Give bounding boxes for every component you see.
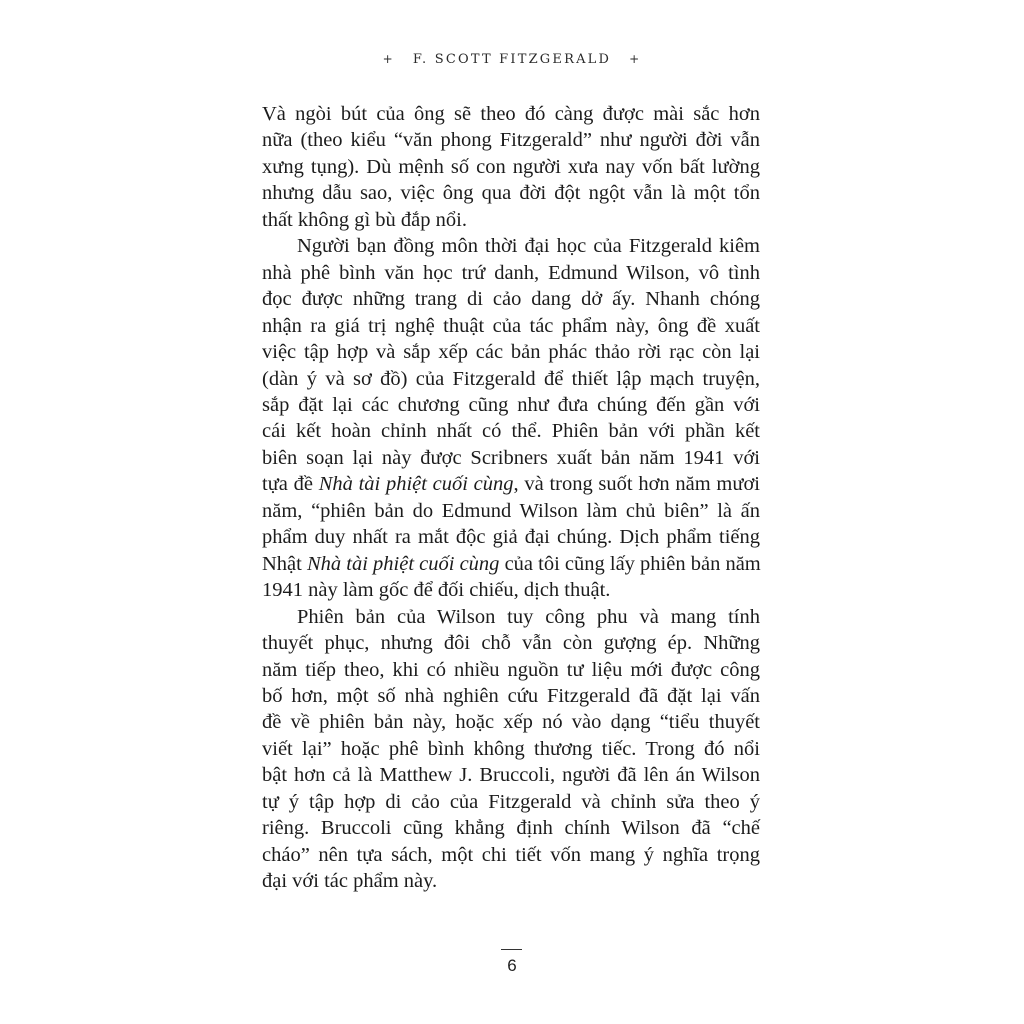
folio-rule — [501, 949, 522, 950]
text-line: đề về phiên bản này, hoặc xếp nó vào dạn… — [262, 709, 760, 735]
body-text: Và ngòi bút của ông sẽ theo đó càng được… — [262, 101, 760, 895]
text-line: bật hơn cả là Matthew J. Bruccoli, người… — [262, 762, 760, 788]
text-line: cái kết hoàn chỉnh nhất có thể. Phiên bả… — [262, 418, 760, 444]
text-line: nhận ra giá trị nghệ thuật của tác phẩm … — [262, 313, 760, 339]
text-line: đại với tác phẩm này. — [262, 868, 760, 894]
text-line: bố hơn, một số nhà nghiên cứu Fitzgerald… — [262, 683, 760, 709]
text-line: Và ngòi bút của ông sẽ theo đó càng được… — [262, 101, 760, 127]
page-number: 6 — [0, 956, 1024, 976]
italic-title: Nhà tài phiệt cuối cùng — [319, 473, 514, 495]
text-line: cháo” nên tựa sách, một chi tiết vốn man… — [262, 842, 760, 868]
ornament-left-icon: + — [383, 52, 395, 66]
text-line: 1941 này làm gốc để đối chiếu, dịch thuậ… — [262, 577, 760, 603]
book-page: +F. SCOTT FITZGERALD+ Và ngòi bút của ôn… — [0, 0, 1024, 1024]
text-line: phẩm duy nhất ra mắt độc giả đại chúng. … — [262, 524, 760, 550]
text-line: Nhật Nhà tài phiệt cuối cùng của tôi cũn… — [262, 551, 760, 577]
italic-title: Nhà tài phiệt cuối cùng — [307, 553, 499, 575]
text-line: sắp đặt lại các chương cũng như đưa chún… — [262, 392, 760, 418]
text-line: (dàn ý và sơ đồ) của Fitzgerald để thiết… — [262, 366, 760, 392]
text-line: tựa đề Nhà tài phiệt cuối cùng, và trong… — [262, 471, 760, 497]
paragraph: Người bạn đồng môn thời đại học của Fitz… — [262, 233, 760, 603]
text-line: tự ý tập hợp di cảo của Fitzgerald và ch… — [262, 789, 760, 815]
text-line: viết lại” hoặc phê bình không thương tiế… — [262, 736, 760, 762]
paragraph: Phiên bản của Wilson tuy công phu và man… — [262, 604, 760, 895]
text-line: Người bạn đồng môn thời đại học của Fitz… — [262, 233, 760, 259]
text-line: Phiên bản của Wilson tuy công phu và man… — [262, 604, 760, 630]
text-line: năm tiếp theo, khi có nhiều nguồn tư liệ… — [262, 657, 760, 683]
text-line: đọc được những trang di cảo dang dở ấy. … — [262, 286, 760, 312]
paragraph: Và ngòi bút của ông sẽ theo đó càng được… — [262, 101, 760, 233]
text-line: nữa (theo kiểu “văn phong Fitzgerald” nh… — [262, 127, 760, 153]
text-line: xưng tụng). Dù mệnh số con người xưa nay… — [262, 154, 760, 180]
ornament-right-icon: + — [629, 52, 641, 66]
author-name: F. SCOTT FITZGERALD — [413, 52, 611, 67]
text-line: việc tập hợp và sắp xếp các bản phác thả… — [262, 339, 760, 365]
text-line: thất không gì bù đắp nổi. — [262, 207, 760, 233]
text-line: biên soạn lại này được Scribners xuất bả… — [262, 445, 760, 471]
text-line: thuyết phục, nhưng đôi chỗ vẫn còn gượng… — [262, 630, 760, 656]
text-line: nhà phê bình văn học trứ danh, Edmund Wi… — [262, 260, 760, 286]
text-line: riêng. Bruccoli cũng khẳng định chính Wi… — [262, 815, 760, 841]
running-head: +F. SCOTT FITZGERALD+ — [0, 52, 1024, 67]
text-line: năm, “phiên bản do Edmund Wilson làm chủ… — [262, 498, 760, 524]
text-line: nhưng dẫu sao, việc ông qua đời đột ngột… — [262, 180, 760, 206]
